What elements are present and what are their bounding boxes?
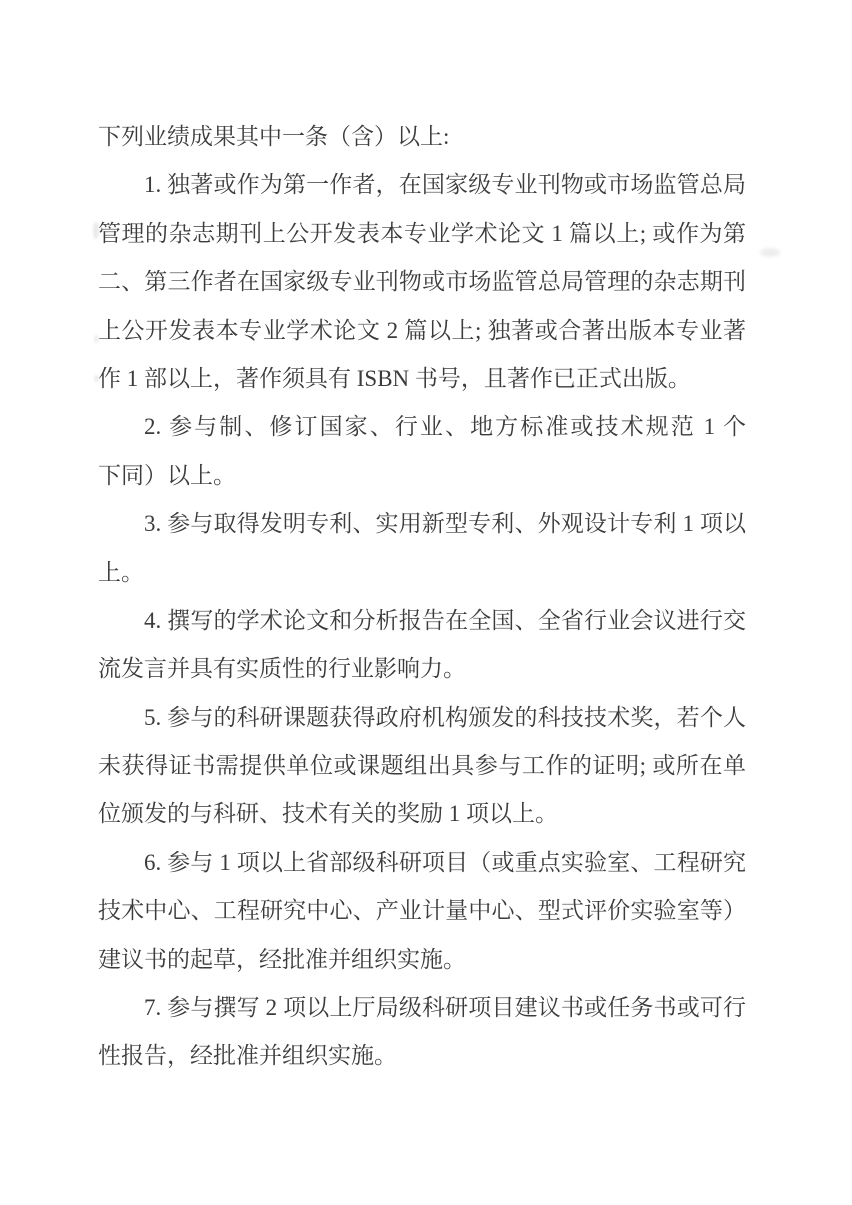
text-line: 4. 撰写的学术论文和分析报告在全国、全省行业会议进行交 (98, 597, 746, 645)
text-line: 下同）以上。 (98, 452, 746, 500)
text-line: 作 1 部以上，著作须具有 ISBN 书号，且著作已正式出版。 (98, 355, 746, 403)
text-line: 性报告，经批准并组织实施。 (98, 1032, 746, 1080)
scanned-document-page: 下列业绩成果其中一条（含）以上: 1. 独著或作为第一作者，在国家级专业刊物或市… (0, 0, 852, 1205)
text-line: 技术中心、工程研究中心、产业计量中心、型式评价实验室等） (98, 887, 746, 935)
text-line: 5. 参与的科研课题获得政府机构颁发的科技技术奖，若个人 (98, 694, 746, 742)
intro-line: 下列业绩成果其中一条（含）以上: (98, 113, 746, 161)
document-body-text: 下列业绩成果其中一条（含）以上: 1. 独著或作为第一作者，在国家级专业刊物或市… (98, 113, 746, 1081)
text-line: 1. 独著或作为第一作者，在国家级专业刊物或市场监管总局 (98, 161, 746, 209)
text-line: 二、第三作者在国家级专业刊物或市场监管总局管理的杂志期刊 (98, 258, 746, 306)
text-line: 建议书的起草，经批准并组织实施。 (98, 936, 746, 984)
text-line: 2. 参与制、修订国家、行业、地方标准或技术规范 1 个（含， (98, 403, 746, 451)
text-line: 7. 参与撰写 2 项以上厅局级科研项目建议书或任务书或可行 (98, 984, 746, 1032)
scan-smudge (760, 248, 780, 257)
text-line: 上公开发表本专业学术论文 2 篇以上; 独著或合著出版本专业著 (98, 307, 746, 355)
text-line: 上。 (98, 549, 746, 597)
text-line: 流发言并具有实质性的行业影响力。 (98, 645, 746, 693)
text-line: 未获得证书需提供单位或课题组出具参与工作的证明; 或所在单 (98, 742, 746, 790)
text-line: 位颁发的与科研、技术有关的奖励 1 项以上。 (98, 790, 746, 838)
text-line: 6. 参与 1 项以上省部级科研项目（或重点实验室、工程研究 (98, 839, 746, 887)
text-line: 管理的杂志期刊上公开发表本专业学术论文 1 篇以上; 或作为第 (98, 210, 746, 258)
text-line: 3. 参与取得发明专利、实用新型专利、外观设计专利 1 项以 (98, 500, 746, 548)
